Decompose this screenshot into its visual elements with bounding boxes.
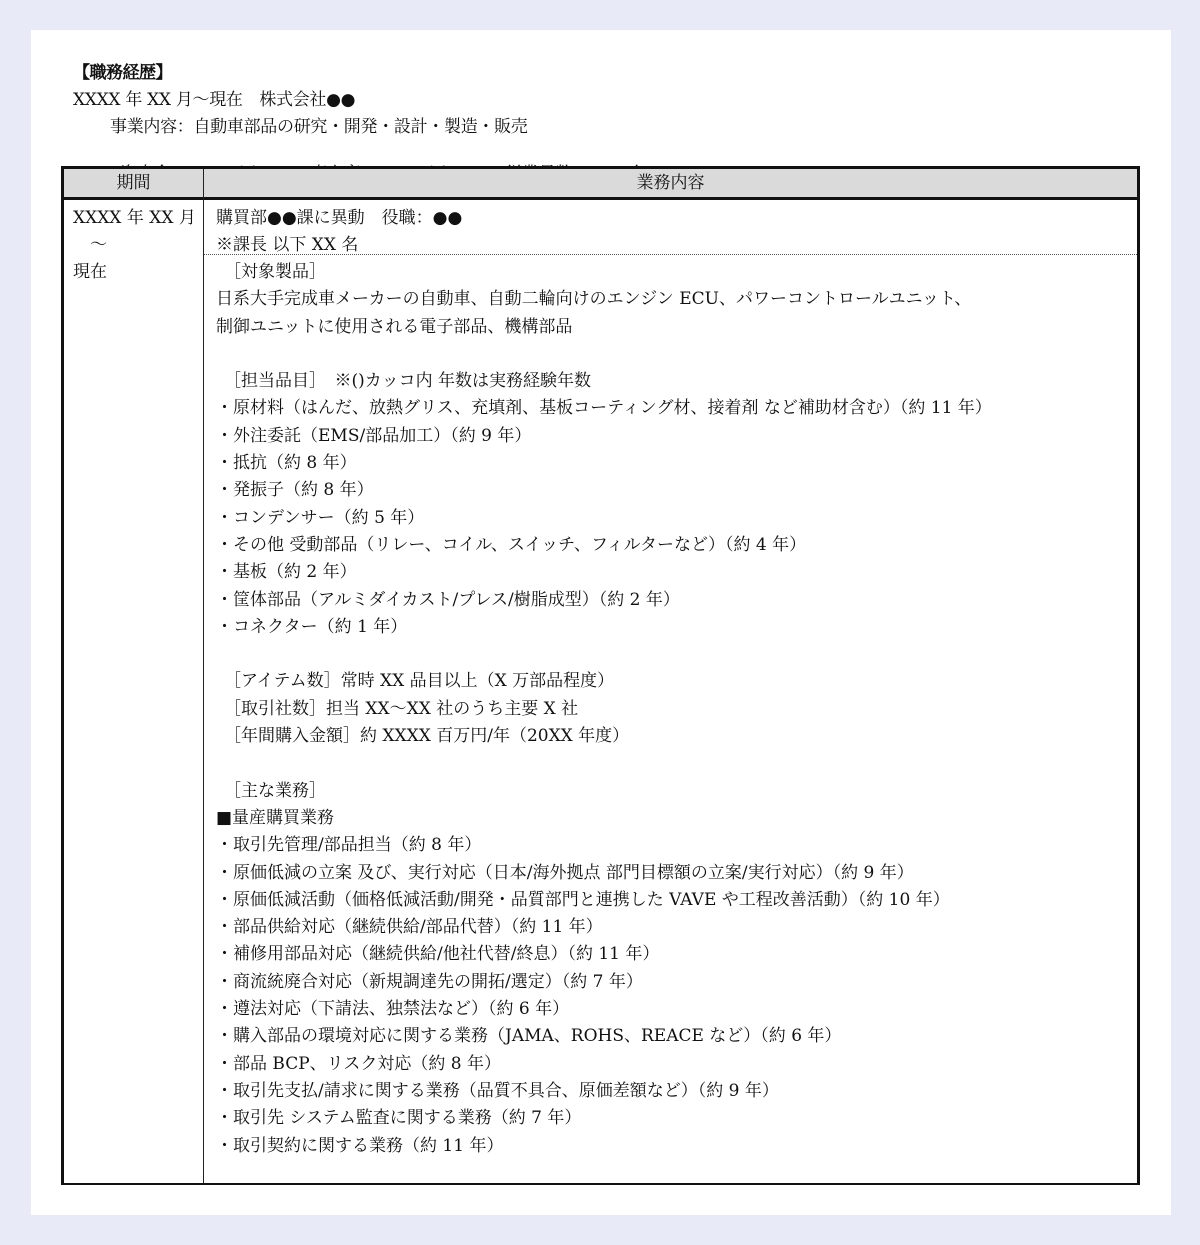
assignment-line: 購買部●●課に異動 役職：●● xyxy=(216,205,462,232)
period-company: XXXX 年 XX 月～現在 株式会社●● xyxy=(73,85,355,110)
period-start: XXXX 年 XX 月 xyxy=(73,205,196,232)
table-header-row: 期間 業務内容 xyxy=(64,169,1137,200)
list-item: ・購入部品の環境対応に関する業務（JAMA、ROHS、REACE など）（約 6… xyxy=(216,1023,1127,1050)
list-item: ・その他 受動部品（リレー、コイル、スイッチ、フィルターなど）（約 4 年） xyxy=(216,532,1127,559)
target-products-line: 制御ユニットに使用される電子部品、機構部品 xyxy=(216,314,1127,341)
list-item: ・コネクター（約 1 年） xyxy=(216,614,1127,641)
section-title: 【職務経歴】 xyxy=(73,58,172,83)
stat-item-count: ［アイテム数］常時 XX 品目以上（X 万部品程度） xyxy=(216,668,1127,695)
list-item: ・取引先管理/部品担当（約 8 年） xyxy=(216,832,1127,859)
period-end: 現在 xyxy=(73,259,196,286)
items-heading: ［担当品目］ ※()カッコ内 年数は実務経験年数 xyxy=(216,368,1127,395)
stat-annual-purchase: ［年間購入金額］約 XXXX 百万円/年（20XX 年度） xyxy=(216,723,1127,750)
duties-content: ［対象製品］ 日系大手完成車メーカーの自動車、自動二輪向けのエンジン ECU、パ… xyxy=(216,259,1127,1160)
list-item: ・原材料（はんだ、放熱グリス、充填剤、基板コーティング材、接着剤 など補助材含む… xyxy=(216,395,1127,422)
period-tilde: ～ xyxy=(73,232,196,259)
list-item: ・部品 BCP、リスク対応（約 8 年） xyxy=(216,1051,1127,1078)
target-products-line: 日系大手完成車メーカーの自動車、自動二輪向けのエンジン ECU、パワーコントロー… xyxy=(216,286,1127,313)
stat-supplier-count: ［取引社数］担当 XX～XX 社のうち主要 X 社 xyxy=(216,696,1127,723)
column-divider xyxy=(203,169,204,1183)
target-products-heading: ［対象製品］ xyxy=(216,259,1127,286)
list-item: ・取引先 システム監査に関する業務（約 7 年） xyxy=(216,1105,1127,1132)
list-item: ・部品供給対応（継続供給/部品代替）（約 11 年） xyxy=(216,914,1127,941)
career-table: 期間 業務内容 XXXX 年 XX 月 ～ 現在 購買部●●課に異動 役職：●●… xyxy=(61,166,1140,1185)
list-item: ・発振子（約 8 年） xyxy=(216,477,1127,504)
list-item: ・商流統廃合対応（新規調達先の開拓/選定）（約 7 年） xyxy=(216,969,1127,996)
list-item: ・取引契約に関する業務（約 11 年） xyxy=(216,1133,1127,1160)
column-header-content: 業務内容 xyxy=(204,169,1137,197)
column-header-period: 期間 xyxy=(64,169,203,197)
list-item: ・基板（約 2 年） xyxy=(216,559,1127,586)
list-item: ・取引先支払/請求に関する業務（品質不具合、原価差額など）（約 9 年） xyxy=(216,1078,1127,1105)
spacer xyxy=(216,641,1127,668)
list-item: ・原価低減活動（価格低減活動/開発・品質部門と連携した VAVE や工程改善活動… xyxy=(216,887,1127,914)
main-duties-heading: ［主な業務］ xyxy=(216,778,1127,805)
list-item: ・外注委託（EMS/部品加工）（約 9 年） xyxy=(216,423,1127,450)
list-item: ・筐体部品（アルミダイカスト/プレス/樹脂成型）（約 2 年） xyxy=(216,587,1127,614)
list-item: ・原価低減の立案 及び、実行対応（日本/海外拠点 部門目標額の立案/実行対応）（… xyxy=(216,860,1127,887)
dotted-separator xyxy=(204,254,1137,255)
spacer xyxy=(216,750,1127,777)
spacer xyxy=(216,341,1127,368)
assignment-info: 購買部●●課に異動 役職：●● ※課長 以下 XX 名 xyxy=(216,205,462,259)
main-duties-subheading: ■量産購買業務 xyxy=(216,805,1127,832)
list-item: ・遵法対応（下請法、独禁法など）（約 6 年） xyxy=(216,996,1127,1023)
business-description: 事業内容：自動車部品の研究・開発・設計・製造・販売 xyxy=(110,112,528,137)
period-cell: XXXX 年 XX 月 ～ 現在 xyxy=(73,205,196,286)
list-item: ・抵抗（約 8 年） xyxy=(216,450,1127,477)
list-item: ・コンデンサー（約 5 年） xyxy=(216,505,1127,532)
list-item: ・補修用部品対応（継続供給/他社代替/終息）（約 11 年） xyxy=(216,941,1127,968)
